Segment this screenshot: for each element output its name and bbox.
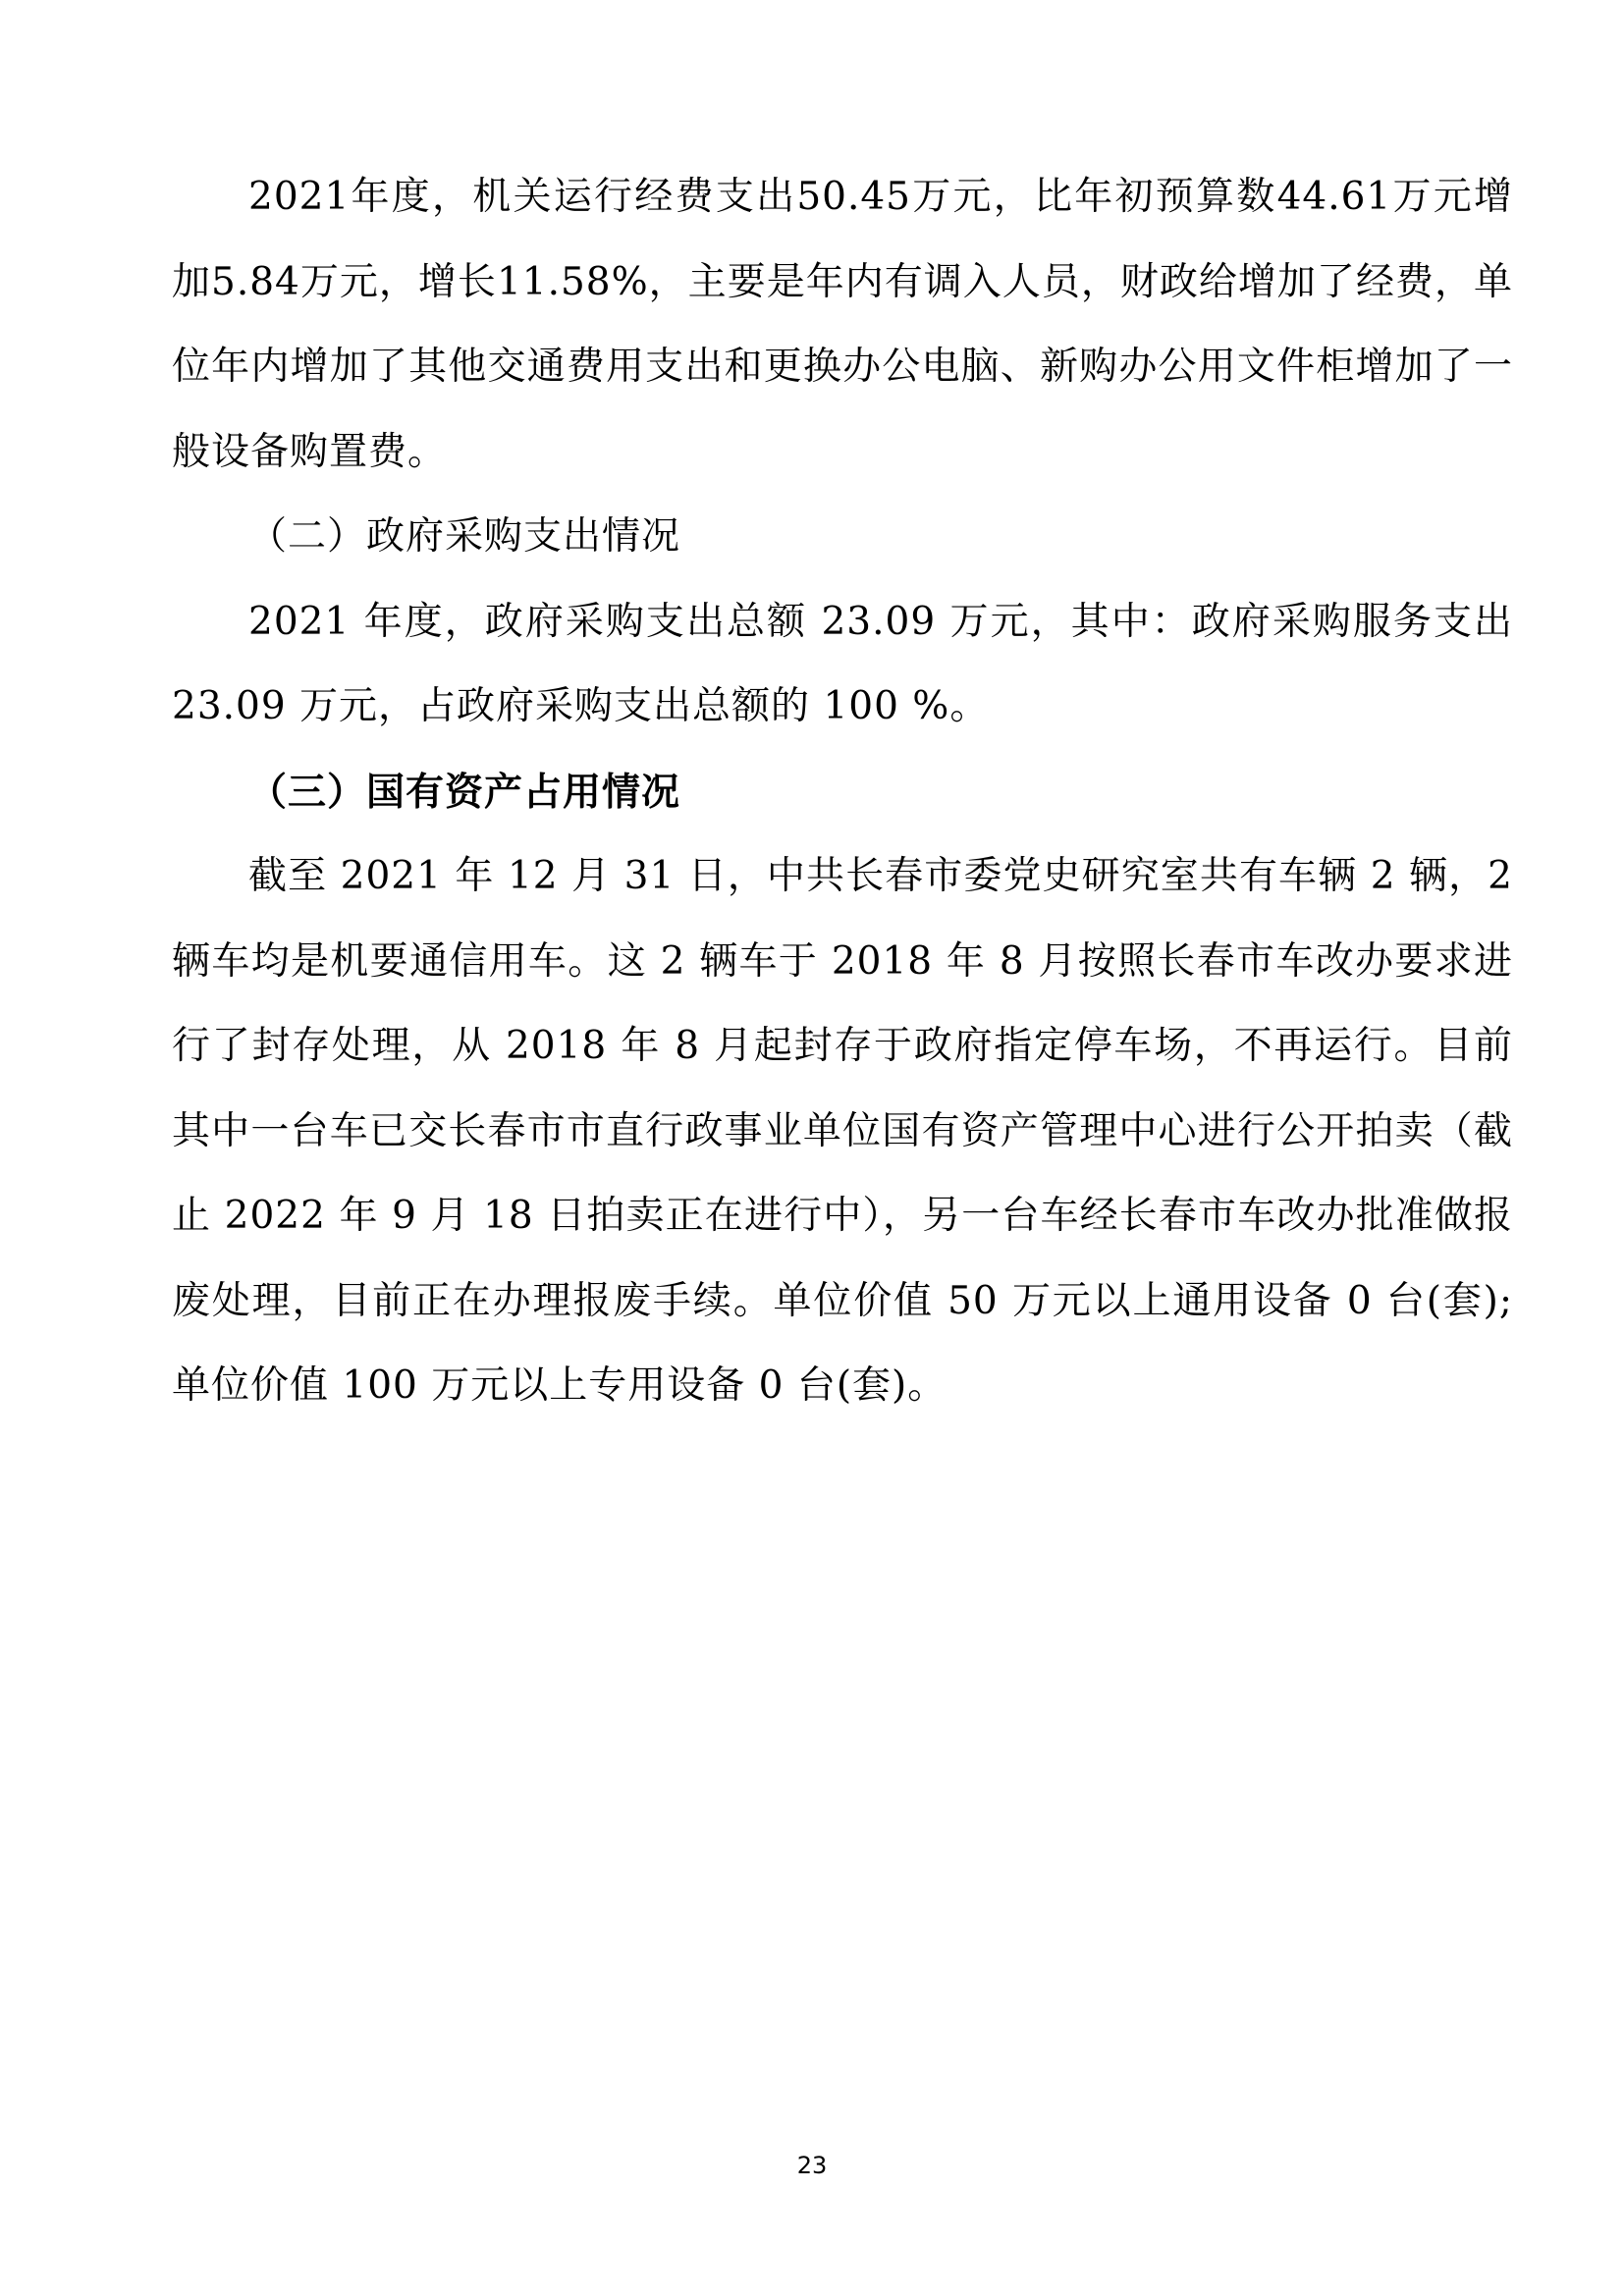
document-page: 2021年度，机关运行经费支出50.45万元，比年初预算数44.61万元增加5.… bbox=[172, 155, 1513, 1429]
paragraph-operating-expenses: 2021年度，机关运行经费支出50.45万元，比年初预算数44.61万元增加5.… bbox=[172, 155, 1513, 495]
page-number: 23 bbox=[0, 2152, 1624, 2179]
paragraph-government-procurement: 2021 年度，政府采购支出总额 23.09 万元，其中：政府采购服务支出 23… bbox=[172, 580, 1513, 750]
section-heading-state-assets: （三）国有资产占用情况 bbox=[172, 750, 1513, 835]
paragraph-state-assets: 截至 2021 年 12 月 31 日，中共长春市委党史研究室共有车辆 2 辆，… bbox=[172, 834, 1513, 1429]
section-heading-government-procurement: （二）政府采购支出情况 bbox=[172, 495, 1513, 580]
